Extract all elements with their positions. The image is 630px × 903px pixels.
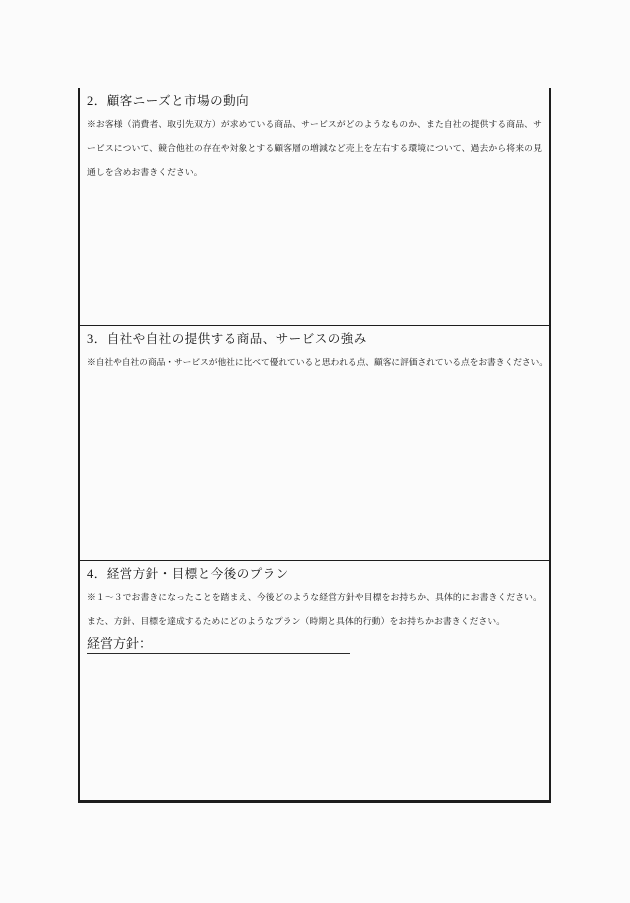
section-strengths-answer-area[interactable] [87, 374, 542, 560]
section-strengths: 3．自社や自社の提供する商品、サービスの強み ※自社や自社の商品・サービスが他社… [80, 326, 549, 561]
section-strengths-title: 3．自社や自社の提供する商品、サービスの強み [87, 331, 542, 348]
section-management-policy-note: ※１～３でお書きになったことを踏まえ、今後どのような経営方針や目標をお持ちか、具… [87, 585, 542, 633]
section-management-policy-answer-area[interactable] [87, 654, 542, 800]
section-customer-needs: 2．顧客ニーズと市場の動向 ※お客様（消費者、取引先双方）が求めている商品、サー… [80, 88, 549, 326]
section-customer-needs-answer-area[interactable] [87, 184, 542, 325]
section-customer-needs-title: 2．顧客ニーズと市場の動向 [87, 93, 542, 110]
section-management-policy: 4．経営方針・目標と今後のプラン ※１～３でお書きになったことを踏まえ、今後どの… [80, 561, 549, 800]
document-page: 2．顧客ニーズと市場の動向 ※お客様（消費者、取引先双方）が求めている商品、サー… [0, 0, 630, 903]
section-strengths-note: ※自社や自社の商品・サービスが他社に比べて優れていると思われる点、顧客に評価され… [87, 350, 542, 374]
plan-form-table: 2．顧客ニーズと市場の動向 ※お客様（消費者、取引先双方）が求めている商品、サー… [78, 88, 551, 803]
section-management-policy-title: 4．経営方針・目標と今後のプラン [87, 566, 542, 583]
section-customer-needs-note: ※お客様（消費者、取引先双方）が求めている商品、サービスがどのようなものか、また… [87, 112, 542, 184]
management-policy-fill-line[interactable]: 経営方針： [87, 635, 350, 654]
management-policy-label: 経営方針： [87, 636, 152, 651]
